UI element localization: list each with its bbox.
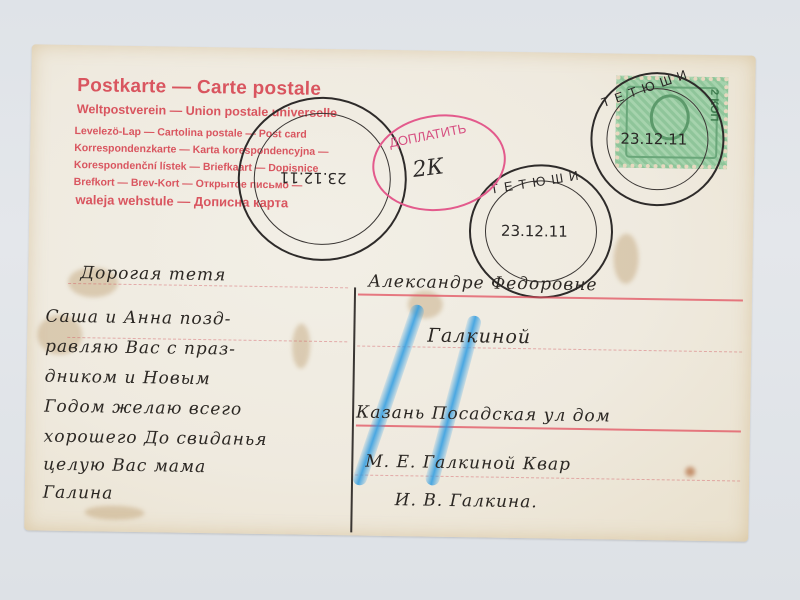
postage-due-label: ДОПЛАТИТЬ xyxy=(388,121,468,151)
address-line-4: М. Е. Галкиной Квар xyxy=(365,452,571,475)
postcard: Postkarte — Carte postale Weltpostverein… xyxy=(24,44,756,541)
stain xyxy=(84,505,144,520)
postmark-date: 23.12.11 xyxy=(280,168,347,187)
address-line xyxy=(357,345,742,353)
stain xyxy=(292,323,311,368)
message-line: равляю Вас с праз- xyxy=(45,337,236,360)
address-line-1: Александре Федоровне xyxy=(368,272,598,296)
message-signature: Галина xyxy=(43,483,114,504)
message-line: хорошего До свиданья xyxy=(44,427,268,451)
header-title: Postkarte — Carte postale xyxy=(77,75,321,101)
address-line-5: И. В. Галкина. xyxy=(395,490,538,512)
stain xyxy=(685,467,695,477)
postmark-stamp-cancel: 23.12.11 ТЕТЮШИ xyxy=(589,71,725,207)
postmark-date: 23.12.11 xyxy=(620,130,687,149)
message-line: Годом желаю всего xyxy=(44,397,242,420)
message-line: Саша и Анна позд- xyxy=(45,307,231,330)
stain xyxy=(613,234,639,284)
address-line xyxy=(356,424,741,433)
address-line xyxy=(355,474,740,482)
address-line-3: Казань Посадская ул дом xyxy=(356,402,611,426)
postage-due-amount: 2К xyxy=(411,154,445,183)
message-greeting: Дорогая тетя xyxy=(80,263,226,285)
postmark-date: 23.12.11 xyxy=(501,222,568,241)
address-line-2: Галкиной xyxy=(427,325,531,349)
message-line: целую Вас мама xyxy=(43,455,206,478)
message-line: дником и Новым xyxy=(44,367,210,390)
